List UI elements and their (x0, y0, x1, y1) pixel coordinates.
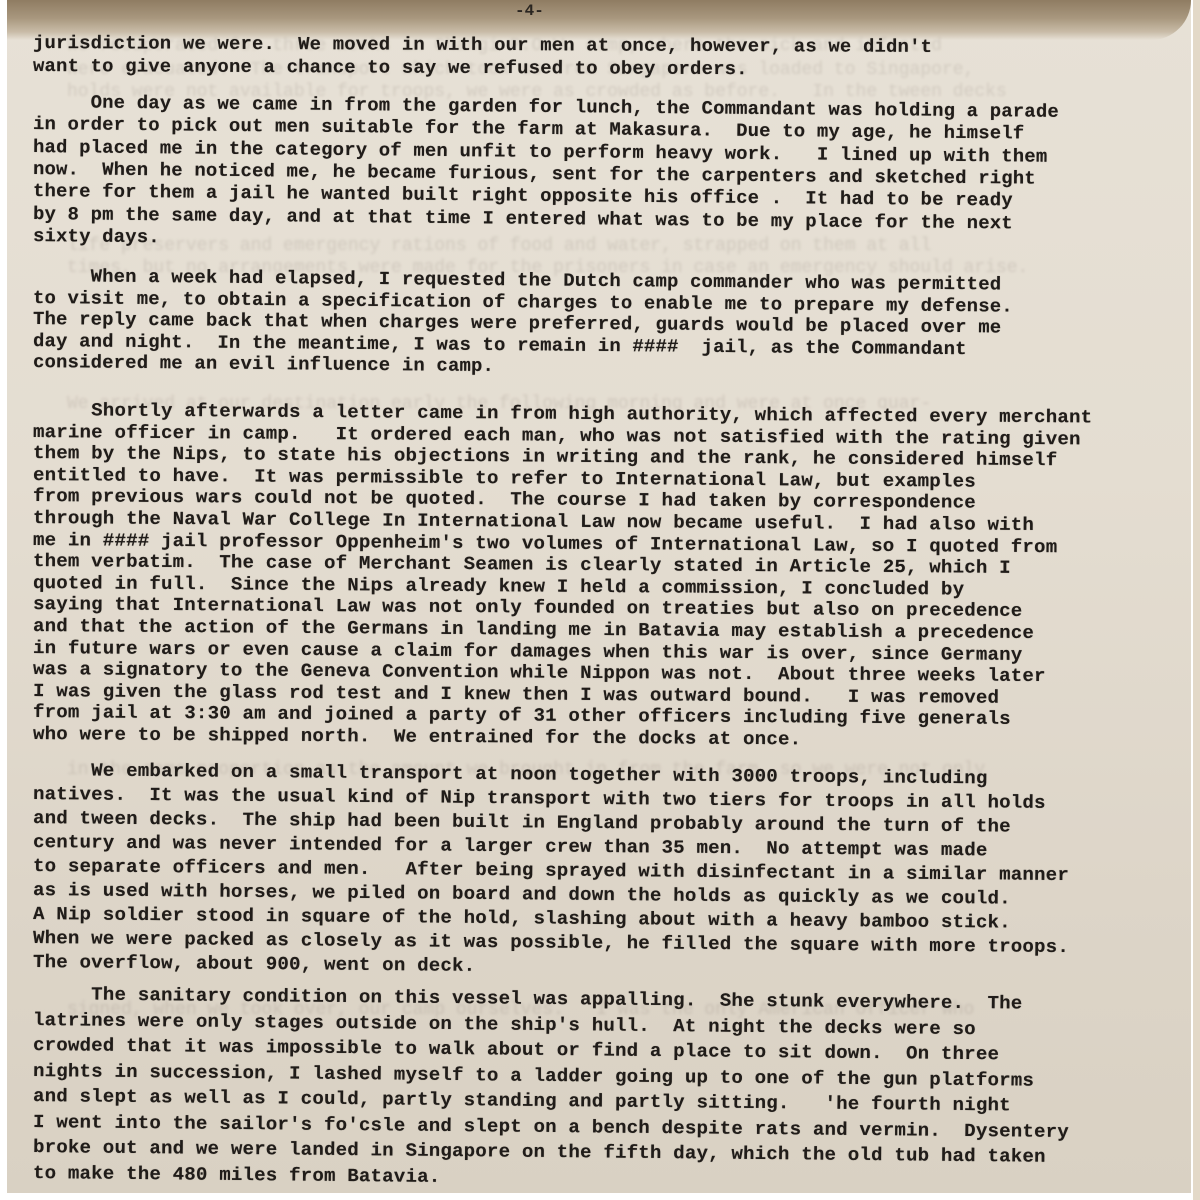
text-line: The sanitary condition on this vessel wa… (33, 984, 1023, 1014)
text-line: jurisdiction we were. We moved in with o… (33, 33, 932, 58)
text-line: crowded that it was impossible to walk a… (33, 1035, 999, 1065)
text-line: sixty days. (33, 226, 160, 248)
text-line: want to give anyone a chance to say we r… (33, 56, 748, 80)
text-line: who were to be shipped north. We entrain… (33, 724, 801, 750)
text-line: and slept as well as I could, partly sta… (33, 1086, 1011, 1116)
background-edge (1193, 0, 1200, 1200)
text-line: considered me an evil influence in camp. (33, 352, 494, 377)
text-line: The overflow, about 900, went on deck. (33, 952, 476, 977)
text-line: latrines were only stages outside on the… (33, 1010, 976, 1040)
typewritten-page: We recuperated for three weeks in Changi… (7, 0, 1191, 1193)
document-body: jurisdiction we were. We moved in with o… (7, 0, 1191, 1193)
text-line: to make the 480 miles from Batavia. (33, 1163, 441, 1188)
text-line: broke out and we were landed in Singapor… (33, 1137, 1046, 1168)
